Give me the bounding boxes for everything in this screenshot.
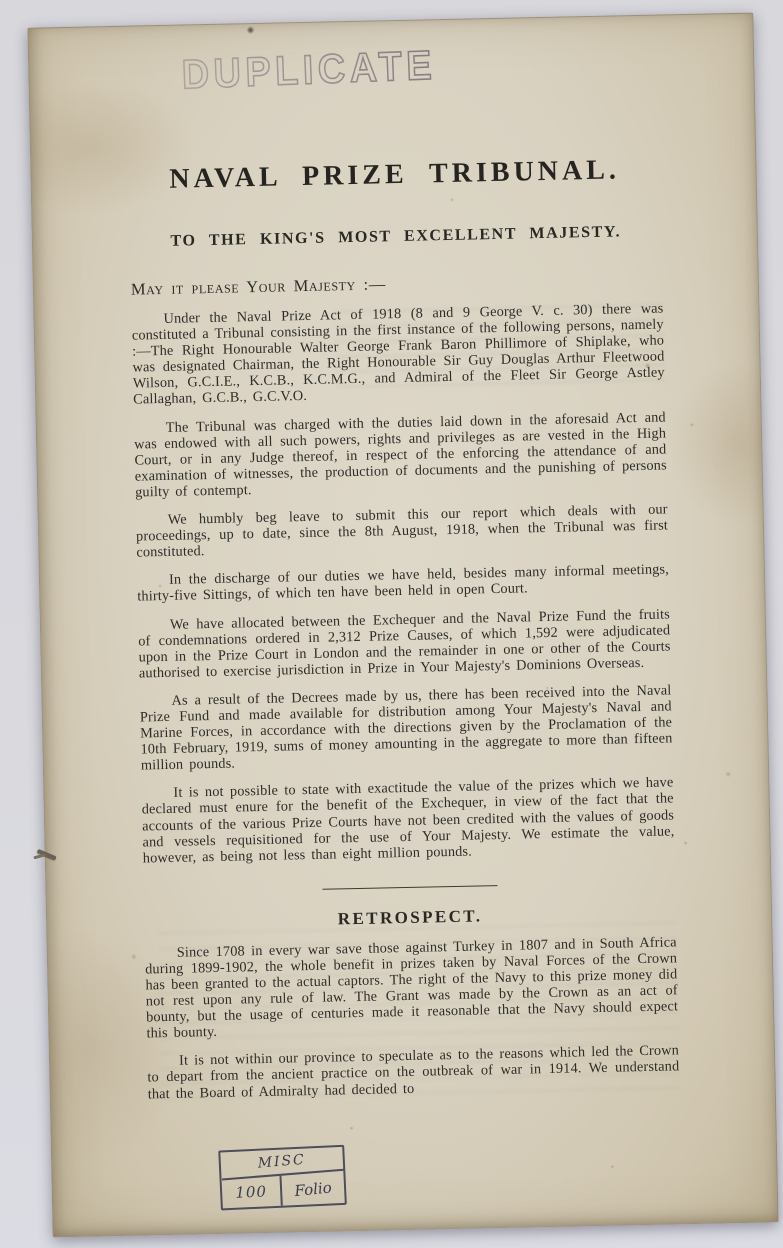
section-divider [322, 885, 497, 890]
label-box-format: Folio [281, 1171, 346, 1207]
document-title: NAVAL PRIZE TRIBUNAL. [128, 154, 661, 197]
printed-text-column: NAVAL PRIZE TRIBUNAL. TO THE KING'S MOST… [125, 16, 679, 1103]
paragraph: We have allocated between the Exchequer … [138, 606, 671, 682]
label-box-number: 100 [222, 1176, 283, 1209]
paragraph: We humbly beg leave to submit this our r… [136, 501, 669, 560]
paragraph: The Tribunal was charged with the duties… [134, 409, 668, 501]
paragraph: It is not possible to state with exactit… [141, 775, 675, 867]
binding-stitch [37, 849, 57, 860]
paragraph: In the discharge of our duties we have h… [137, 562, 670, 605]
paragraph: It is not within our province to specula… [147, 1043, 680, 1102]
booklet-page: DUPLICATE NAVAL PRIZE TRIBUNAL. TO THE K… [27, 13, 778, 1238]
catalog-label-box: MISC 100 Folio [218, 1145, 347, 1211]
document-subtitle: TO THE KING'S MOST EXCELLENT MAJESTY. [130, 222, 662, 251]
section-heading: RETROSPECT. [144, 902, 676, 933]
paragraph: Since 1708 in every war save those again… [145, 934, 679, 1042]
scanned-photo: DUPLICATE NAVAL PRIZE TRIBUNAL. TO THE K… [0, 0, 783, 1248]
paragraph: As a result of the Decrees made by us, t… [139, 682, 673, 774]
salutation: May it please Your Majesty :— [131, 268, 663, 299]
paragraph: Under the Naval Prize Act of 1918 (8 and… [131, 300, 665, 408]
